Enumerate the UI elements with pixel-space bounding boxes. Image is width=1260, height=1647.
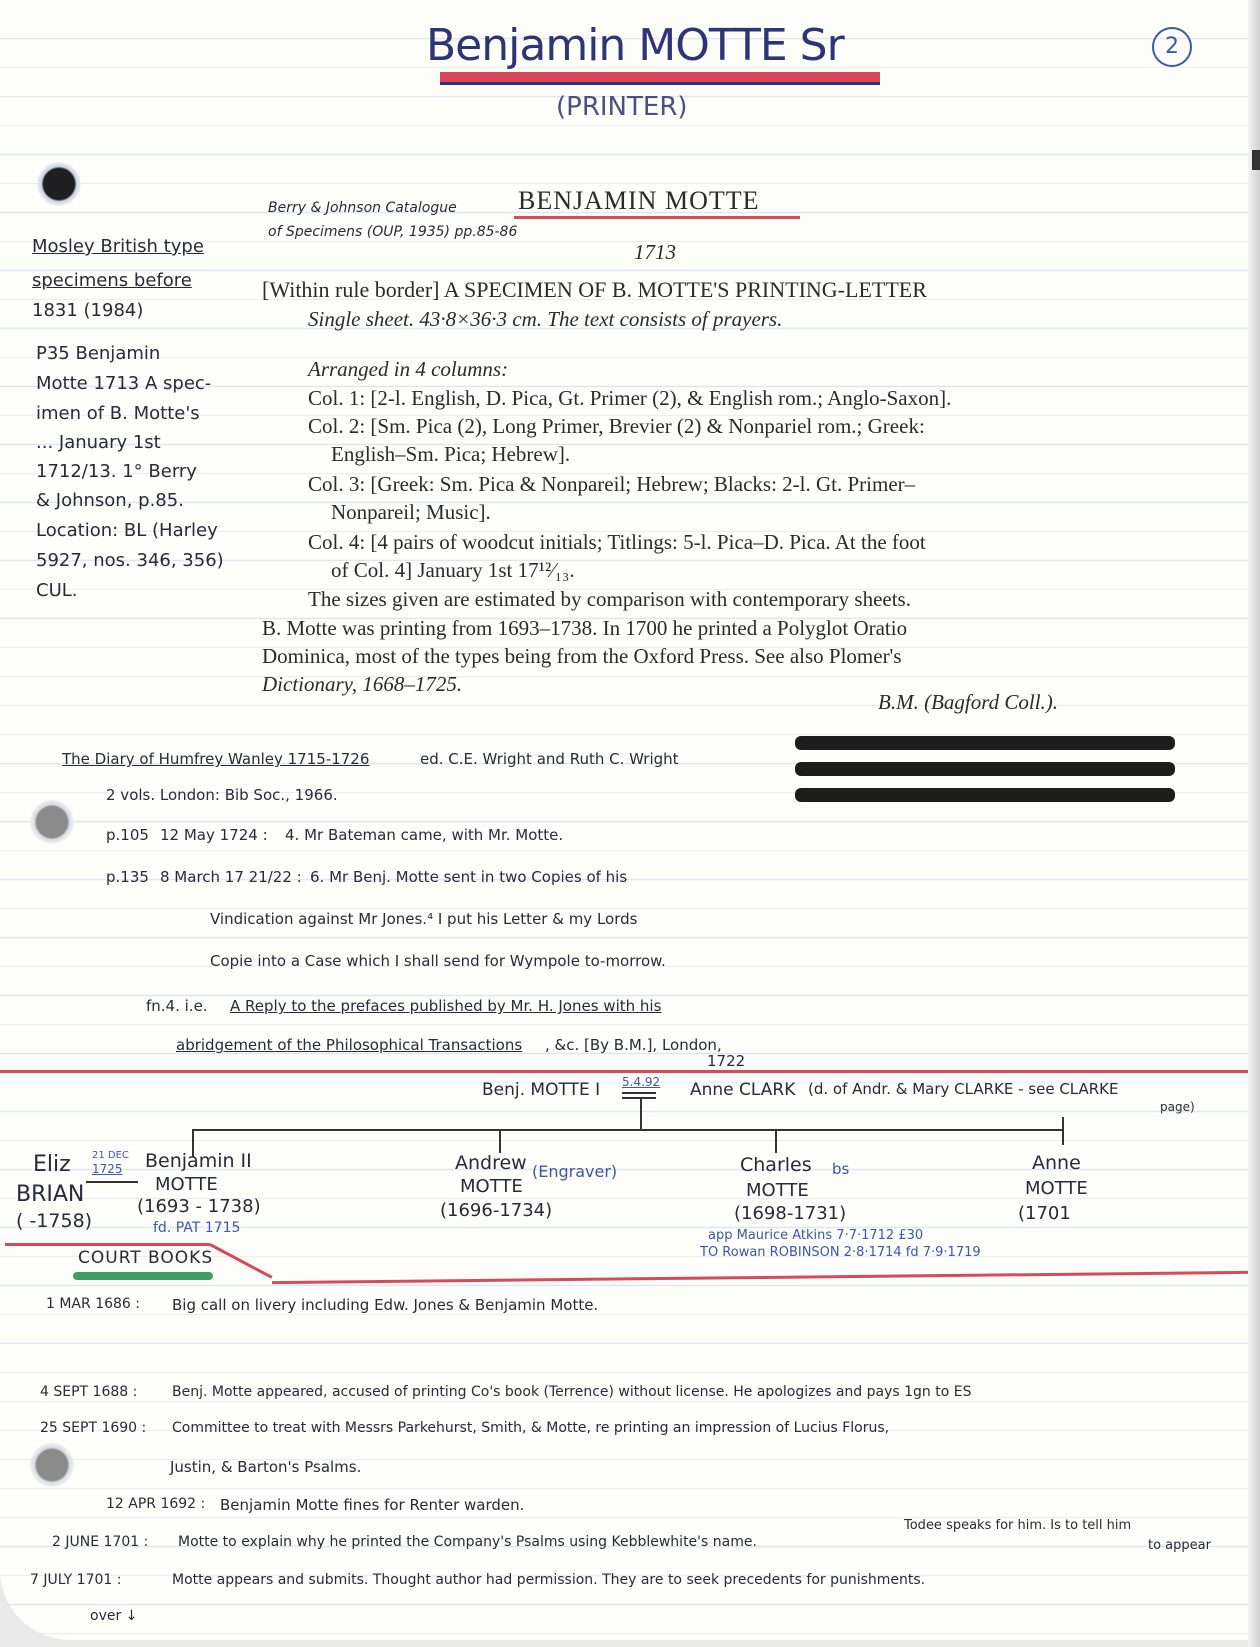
catalogue-source-line1: Berry & Johnson Catalogue	[268, 200, 457, 216]
tree-connector	[775, 1129, 777, 1153]
diary-publication: 2 vols. London: Bib Soc., 1966.	[106, 786, 338, 804]
catalogue-year: 1713	[634, 240, 676, 265]
marriage-symbol	[622, 1097, 656, 1099]
footnote-prefix: fn.4. i.e.	[146, 997, 208, 1015]
note-line: ... January 1st	[36, 432, 161, 453]
heading-highlight	[73, 1272, 213, 1280]
diary-date: 12 May 1724 :	[160, 826, 268, 844]
child-surname: MOTTE	[460, 1176, 523, 1197]
entry-line: English–Sm. Pica; Hebrew].	[331, 440, 570, 468]
marriage-symbol	[622, 1092, 656, 1094]
page-title: Benjamin MOTTE Sr	[426, 20, 844, 71]
margin-note: Todee speaks for him. Is to tell him	[904, 1518, 1131, 1533]
entry-line: Col. 1: [2-l. English, D. Pica, Gt. Prim…	[308, 384, 951, 412]
court-entry-date: 2 JUNE 1701 :	[52, 1534, 148, 1550]
punch-hole	[30, 800, 74, 844]
diary-editors: ed. C.E. Wright and Ruth C. Wright	[420, 750, 679, 768]
footnote-text: A Reply to the prefaces published by Mr.…	[230, 997, 661, 1015]
court-entry-text: Motte to explain why he printed the Comp…	[178, 1534, 757, 1550]
edge-mark	[1252, 150, 1260, 170]
title-underline	[440, 72, 880, 85]
tree-father: Benj. MOTTE I	[482, 1080, 600, 1100]
tree-connector	[640, 1099, 642, 1129]
entry-line: Col. 3: [Greek: Sm. Pica & Nonpareil; He…	[308, 470, 915, 498]
child-name: Charles	[740, 1154, 812, 1176]
child-dates: (1701	[1018, 1203, 1071, 1224]
diary-text: 6. Mr Benj. Motte sent in two Copies of …	[310, 868, 627, 886]
court-entry-date: 7 JULY 1701 :	[30, 1572, 121, 1588]
page-edge	[1248, 0, 1260, 1647]
court-entry-date: 1 MAR 1686 :	[46, 1296, 140, 1312]
entry-line: Dominica, most of the types being from t…	[262, 642, 902, 670]
court-entry-date: 12 APR 1692 :	[106, 1496, 205, 1512]
child-name: Andrew	[455, 1152, 527, 1174]
court-entry-text: Justin, & Barton's Psalms.	[170, 1458, 361, 1476]
child-name: Anne	[1032, 1152, 1081, 1174]
note-line: Location: BL (Harley	[36, 520, 218, 541]
note-line: 1712/13. 1° Berry	[36, 461, 197, 482]
court-entry-text: Benj. Motte appeared, accused of printin…	[172, 1384, 971, 1400]
entry-line: Dictionary, 1668–1725.	[262, 670, 462, 698]
tree-connector	[1062, 1117, 1064, 1145]
entry-line: of Col. 4] January 1st 17¹²⁄₁₃.	[331, 556, 575, 584]
child-note: bs	[832, 1160, 849, 1178]
child-note: fd. PAT 1715	[153, 1220, 240, 1236]
child-surname: MOTTE	[1025, 1178, 1088, 1199]
punch-hole	[30, 1443, 74, 1487]
tree-mother: Anne CLARK	[690, 1080, 795, 1100]
entry-line: Nonpareil; Music].	[331, 498, 491, 526]
child-surname: MOTTE	[155, 1174, 218, 1195]
court-entry-date: 25 SEPT 1690 :	[40, 1420, 146, 1436]
page-subtitle: (PRINTER)	[556, 92, 688, 122]
entry-line: [Within rule border] A SPECIMEN OF B. MO…	[262, 276, 927, 304]
court-entry-date: 4 SEPT 1688 :	[40, 1384, 137, 1400]
footnote-year: 1722	[707, 1052, 745, 1070]
child-note: (Engraver)	[532, 1162, 617, 1181]
entry-line: Col. 4: [4 pairs of woodcut initials; Ti…	[308, 528, 926, 556]
spouse-marriage-day: 21 DEC	[92, 1150, 129, 1161]
note-line: Motte 1713 A spec-	[36, 373, 211, 394]
entry-line: Single sheet. 43·8×36·3 cm. The text con…	[308, 305, 782, 333]
child-dates: (1696-1734)	[440, 1200, 552, 1221]
note-line: CUL.	[36, 580, 78, 601]
page-number: 2	[1152, 27, 1192, 67]
spouse-name: Eliz	[33, 1152, 71, 1177]
diary-page-ref: p.105	[106, 826, 149, 844]
spouse-surname: BRIAN	[16, 1182, 84, 1207]
footnote-text: , &c. [By B.M.], London,	[545, 1036, 722, 1054]
court-entry-text: Benjamin Motte fines for Renter warden.	[220, 1496, 524, 1514]
catalogue-heading: BENJAMIN MOTTE	[518, 186, 760, 216]
diary-text: Vindication against Mr Jones.⁴ I put his…	[210, 910, 637, 928]
entry-line: The sizes given are estimated by compari…	[308, 585, 911, 613]
note-line: & Johnson, p.85.	[36, 490, 184, 511]
court-books-heading: COURT BOOKS	[78, 1248, 213, 1268]
tree-connector	[499, 1129, 501, 1153]
entry-line: B. Motte was printing from 1693–1738. In…	[262, 614, 907, 642]
court-entry-text: Motte appears and submits. Thought autho…	[172, 1572, 925, 1588]
punch-hole	[37, 162, 81, 206]
catalogue-source-line2: of Specimens (OUP, 1935) pp.85-86	[268, 224, 517, 240]
child-dates: (1698-1731)	[734, 1203, 846, 1224]
diary-date: 8 March 17 21/22 :	[160, 868, 302, 886]
child-surname: MOTTE	[746, 1180, 809, 1201]
note-line: imen of B. Motte's	[36, 403, 200, 424]
note-line: 5927, nos. 346, 356)	[36, 550, 224, 571]
section-divider	[0, 1070, 1248, 1073]
diary-text: 4. Mr Bateman came, with Mr. Motte.	[285, 826, 563, 844]
note-line: Mosley British type	[32, 236, 204, 257]
diary-page-ref: p.135	[106, 868, 149, 886]
apprentice-note: TO Rowan ROBINSON 2·8·1714 fd 7·9·1719	[700, 1245, 981, 1260]
court-entry-text: Committee to treat with Messrs Parkehurs…	[172, 1420, 889, 1436]
footnote-text: abridgement of the Philosophical Transac…	[176, 1036, 522, 1054]
apprentice-note: app Maurice Atkins 7·7·1712 £30	[708, 1228, 923, 1243]
note-line: specimens before	[32, 270, 192, 291]
diary-citation: The Diary of Humfrey Wanley 1715-1726	[62, 750, 369, 768]
page-turn-note: over ↓	[90, 1608, 137, 1624]
child-name: Benjamin II	[145, 1150, 252, 1172]
spouse-marriage-year: 1725	[92, 1162, 123, 1176]
catalogue-attribution: B.M. (Bagford Coll.).	[878, 688, 1058, 716]
entry-line: Col. 2: [Sm. Pica (2), Long Primer, Brev…	[308, 412, 925, 440]
note-line: 1831 (1984)	[32, 300, 143, 321]
redacted-text	[795, 736, 1175, 750]
redacted-text	[795, 788, 1175, 802]
section-divider	[5, 1243, 210, 1246]
note-line: P35 Benjamin	[36, 343, 160, 364]
marriage-symbol	[86, 1181, 138, 1183]
child-dates: (1693 - 1738)	[137, 1196, 261, 1217]
tree-mother-note: page)	[1160, 1100, 1195, 1114]
entry-line: Arranged in 4 columns:	[308, 355, 508, 383]
court-entry-text: Big call on livery including Edw. Jones …	[172, 1296, 598, 1314]
heading-underline	[514, 216, 800, 219]
tree-mother-note: (d. of Andr. & Mary CLARKE - see CLARKE	[808, 1080, 1119, 1098]
redacted-text	[795, 762, 1175, 776]
tree-connector	[192, 1129, 1062, 1131]
tree-marriage-date: 5.4.92	[622, 1075, 660, 1089]
margin-note: to appear	[1148, 1538, 1211, 1553]
diary-text: Copie into a Case which I shall send for…	[210, 952, 666, 970]
spouse-dates: ( -1758)	[16, 1210, 92, 1232]
